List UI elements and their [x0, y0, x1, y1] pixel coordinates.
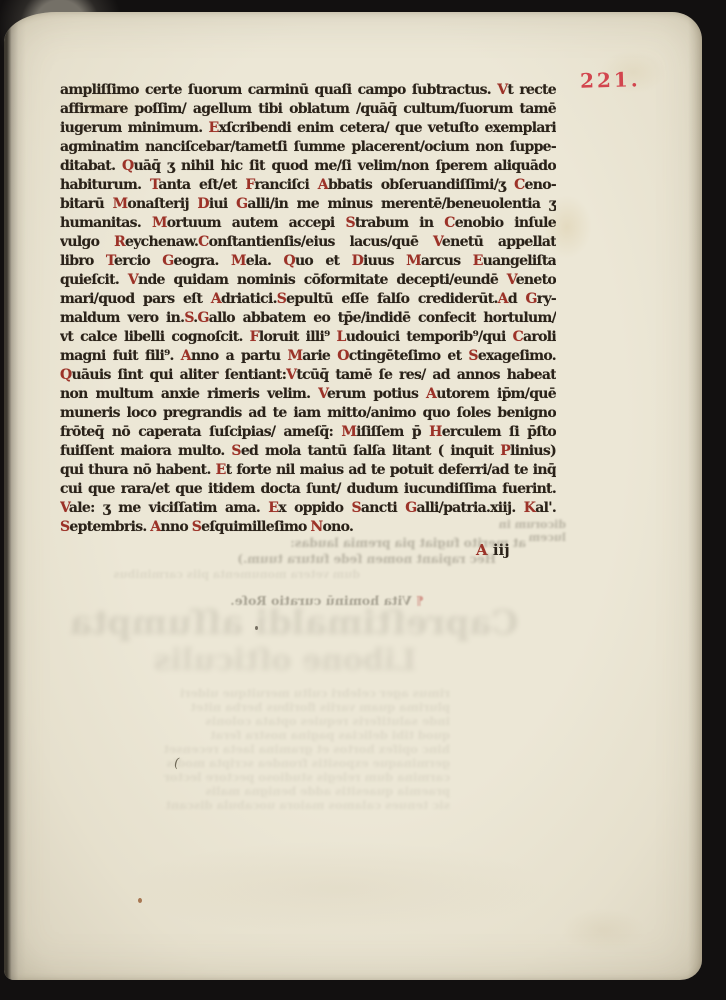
text-segment: humanitas. — [60, 215, 152, 231]
text-segment: ry- — [537, 291, 556, 307]
text-line: magni fuit fili⁹. Anno a partu Marie Oct… — [60, 347, 556, 366]
text-segment: agminatim nanciſcebar/tametſi ſumme plac… — [60, 139, 556, 155]
rubricated-initial: V — [497, 82, 507, 98]
text-segment: xſcribendi enim cetera/ que vetuſto exem… — [218, 120, 556, 136]
text-segment: iſiſſem p̄ — [356, 424, 429, 440]
rubricated-initial: V — [507, 272, 516, 288]
showthrough-couplet-line: at merito fugiat pia premia laudas: — [190, 536, 526, 550]
text-segment: uāq̄ ʒ nihil hic ſit quod me/ſi velim/no… — [133, 158, 556, 174]
rubricated-initial: G — [526, 291, 537, 307]
text-segment: t recte — [507, 82, 556, 98]
rubricated-initial: V — [318, 386, 327, 402]
rubricated-initial: V — [433, 234, 442, 250]
text-segment: non multum anxie rimeris velim. — [60, 386, 318, 402]
gutter-shadow — [4, 12, 26, 980]
text-segment: iui — [209, 196, 236, 212]
showthrough-line: sic tenues calamos maiora uocabula disca… — [60, 798, 450, 812]
showthrough-line: hinc opifex hortos et gramina laeta rece… — [60, 742, 450, 756]
text-line: ampliſſimo certe ſuorum carminū quaſi ca… — [60, 81, 556, 100]
text-segment: nno a partu — [191, 348, 288, 364]
text-line: Quāuis ſint qui aliter ſentiant:Vtcūq̄ t… — [60, 366, 556, 385]
text-segment: vt calce libelli cognoſcit. — [60, 329, 250, 345]
rubricated-initial: L — [337, 329, 346, 345]
rubricated-initial: A — [211, 291, 221, 307]
rubricated-initial: S — [351, 500, 360, 516]
rubricated-initial: C — [198, 234, 208, 250]
text-segment: alli/in me minus merentē/beneuolentia ʒ — [247, 196, 556, 212]
text-line: agminatim nanciſcebar/tametſi ſumme plac… — [60, 138, 556, 157]
rubricated-initial: O — [337, 348, 349, 364]
text-segment: aroli — [523, 329, 556, 345]
showthrough-paragraph: rimus ager celebri cultu meruitque uider… — [60, 686, 450, 812]
text-line: vulgo Reychenaw.Conſtantienſis/eius lacu… — [60, 233, 556, 252]
showthrough-heading: Libone oſticulis — [120, 644, 450, 678]
text-line: cui que rara/et que itidem docta ſunt/ d… — [60, 480, 556, 499]
text-segment: trabum in — [355, 215, 444, 231]
text-segment: ortuum autem accepi — [167, 215, 346, 231]
rubricated-initial: A — [426, 386, 436, 402]
text-line: affirmare poſſim/ agellum tibi oblatum /… — [60, 100, 556, 119]
text-segment: eneto — [516, 272, 556, 288]
text-segment: linius) — [510, 443, 556, 459]
rubricated-initial: E — [208, 120, 218, 136]
rubricated-initial: S — [60, 519, 69, 535]
showthrough-line: inde salutiferis requies optata colonis — [60, 714, 450, 728]
rubricated-initial: G — [405, 500, 416, 516]
rubricated-initial: C — [513, 329, 523, 345]
text-segment: maldum vero in. — [60, 310, 184, 326]
rubricated-initial: A — [498, 291, 508, 307]
rubricated-initial: V — [286, 367, 296, 383]
text-segment: uāuis ſint qui aliter ſentiant: — [72, 367, 287, 383]
text-segment: enobio inſule — [455, 215, 556, 231]
paper-stain — [122, 840, 552, 936]
text-segment: eno- — [525, 177, 556, 193]
text-segment: nde quidam nominis cōformitate decepti/e… — [138, 272, 507, 288]
text-segment: erum potius — [327, 386, 426, 402]
text-segment: qui thura nō habent. — [60, 462, 216, 478]
paper-stain — [560, 908, 646, 952]
text-segment: anta eſt/et — [158, 177, 245, 193]
text-segment: uangeliſta — [483, 253, 556, 269]
text-segment: eſquimilleſimo — [201, 519, 310, 535]
rubricated-initial: Q — [283, 253, 295, 269]
text-line: fuiſſent maiora multo. Sed mola tantū ſa… — [60, 442, 556, 461]
rubricated-initial: P — [500, 443, 510, 459]
text-segment: ditabat. — [60, 158, 122, 174]
text-segment: arcus — [421, 253, 473, 269]
text-segment: d — [508, 291, 526, 307]
rubricated-initial: V — [60, 500, 69, 516]
text-line: non multum anxie rimeris velim. Verum po… — [60, 385, 556, 404]
rubricated-initial: A — [181, 348, 191, 364]
text-segment: erculem ſi p̄ſto — [442, 424, 556, 440]
rubricated-initial: R — [114, 234, 125, 250]
scan-background: 221. ampliſſimo certe ſuorum carminū qua… — [0, 0, 726, 1000]
text-segment: habiturum. — [60, 177, 150, 193]
folio-number: 221. — [580, 67, 641, 93]
text-segment: ampliſſimo certe ſuorum carminū quaſi ca… — [60, 82, 497, 98]
rubricated-initial: M — [152, 215, 167, 231]
rubricated-initial: E — [216, 462, 226, 478]
rubricated-initial: S — [192, 519, 201, 535]
text-line: vt calce libelli cognoſcit. Floruit illi… — [60, 328, 556, 347]
rubricated-initial: G — [162, 253, 173, 269]
text-line: libro Tercio Geogra. Mela. Quo et Diuus … — [60, 252, 556, 271]
rubricated-initial: M — [341, 424, 356, 440]
text-segment: vulgo — [60, 234, 114, 250]
text-segment: enetū appellat — [442, 234, 556, 250]
text-segment: ancti — [361, 500, 405, 516]
rubricated-initial: S — [345, 215, 354, 231]
text-line: frōteq̄ nō caperata ſuſcipias/ ameſq̄: M… — [60, 423, 556, 442]
text-segment: bbatis obſeruandiſſimi/ʒ — [328, 177, 514, 193]
text-line: humanitas. Mortuum autem accepi Strabum … — [60, 214, 556, 233]
main-text-block: ampliſſimo certe ſuorum carminū quaſi ca… — [60, 81, 556, 537]
rubricated-initial: Q — [122, 158, 134, 174]
rubricated-initial: S — [468, 348, 477, 364]
text-segment: loruit illi⁹ — [259, 329, 337, 345]
text-segment: eogra. — [174, 253, 231, 269]
rubricated-initial: M — [113, 196, 128, 212]
text-segment: onaſterij — [127, 196, 197, 212]
rubricated-initial: M — [231, 253, 246, 269]
rubricated-initial: M — [287, 348, 302, 364]
text-segment: onſtantienſis/eius lacus/quē — [209, 234, 433, 250]
showthrough-line: plurima quam variis floribus herba nitet — [60, 700, 450, 714]
text-segment: exageſimo. — [478, 348, 556, 364]
text-segment: allo abbatem eo tp̄e/indidē confecit hor… — [209, 310, 556, 326]
rubricated-initial: Q — [60, 367, 72, 383]
text-segment: udouici temporib⁹/qui — [346, 329, 513, 345]
text-segment: nno — [160, 519, 191, 535]
rubricated-initial: S — [277, 291, 286, 307]
rubricated-initial: A — [318, 177, 328, 193]
text-line: habiturum. Tanta eſt/et Franciſci Abbati… — [60, 176, 556, 195]
text-segment: muneris loco pregrandis ad te iam mitto/… — [60, 405, 556, 421]
text-line: ditabat. Quāq̄ ʒ nihil hic ſit quod me/ſ… — [60, 157, 556, 176]
text-segment: magni fuit fili⁹. — [60, 348, 181, 364]
text-line: bitarū Monaſterij Diui Galli/in me minus… — [60, 195, 556, 214]
text-line: iugerum minimum. Exſcribendi enim cetera… — [60, 119, 556, 138]
text-segment: ctingēteſimo et — [349, 348, 469, 364]
showthrough-heading: Capreſtimaldi aſſumpta — [64, 604, 524, 642]
rubricated-initial: D — [352, 253, 363, 269]
rubricated-initial: E — [268, 500, 278, 516]
text-segment: ranciſci — [254, 177, 317, 193]
rubricated-initial: V — [128, 272, 138, 288]
text-line: quieſcit. Vnde quidam nominis cōformitat… — [60, 271, 556, 290]
rubricated-initial: C — [444, 215, 454, 231]
text-segment: ono. — [322, 519, 353, 535]
text-line: Vale: ʒ me viciſſatim ama. Ex oppido San… — [60, 499, 556, 518]
text-line: muneris loco pregrandis ad te iam mitto/… — [60, 404, 556, 423]
text-line: maldum vero in.S.Gallo abbatem eo tp̄e/i… — [60, 309, 556, 328]
text-segment: uo et — [295, 253, 352, 269]
ink-speck — [255, 626, 258, 630]
text-segment: bitarū — [60, 196, 113, 212]
rubricated-initial: F — [250, 329, 259, 345]
rubricated-initial: G — [236, 196, 247, 212]
text-segment: epultū eſſe falſo crediderūt. — [286, 291, 498, 307]
rubricated-initial: D — [197, 196, 208, 212]
text-line: qui thura nō habent. Et forte nil maius … — [60, 461, 556, 480]
text-segment: x oppido — [278, 500, 351, 516]
rubricated-initial: G — [197, 310, 208, 326]
text-segment: ercio — [114, 253, 162, 269]
text-segment: ela. — [246, 253, 284, 269]
rubricated-initial: T — [106, 253, 114, 269]
text-segment: ale: ʒ me viciſſatim ama. — [69, 500, 268, 516]
showthrough-line: quod tibi delicias pagina nostra ferat — [60, 728, 450, 742]
text-segment: t forte nil maius ad te potuit deferri/a… — [226, 462, 556, 478]
text-segment: libro — [60, 253, 106, 269]
ink-speck — [138, 898, 142, 903]
text-segment: iugerum minimum. — [60, 120, 208, 136]
showthrough-line: carmina dum relegis studioso pectore lec… — [60, 770, 450, 784]
rubricated-initial: S — [231, 443, 240, 459]
text-segment: tcūq̄ tamē ſe res/ ad annos habeat — [296, 367, 556, 383]
rubricated-initial: H — [429, 424, 442, 440]
text-segment: eychenaw. — [125, 234, 198, 250]
rubricated-initial: N — [310, 519, 322, 535]
page-edge-shadow — [688, 12, 702, 980]
text-segment: al'. — [535, 500, 556, 516]
rubricated-initial: C — [514, 177, 524, 193]
text-segment: utorem ip̄m/quē — [436, 386, 556, 402]
rubricated-initial: S — [184, 310, 193, 326]
text-segment: quieſcit. — [60, 272, 128, 288]
text-line: mari/quod pars eſt Adriatici.Sepultū eſſ… — [60, 290, 556, 309]
text-segment: iuus — [363, 253, 406, 269]
showthrough-couplet-line: Hec rapiant nomen ſede futura tuum.) — [60, 552, 496, 566]
text-segment: arie — [302, 348, 337, 364]
text-segment: eptembris. — [69, 519, 150, 535]
showthrough-faint-line: dum vetera monumenta piis carminibus — [60, 568, 360, 581]
text-segment: alli/patria.xiij. — [416, 500, 523, 516]
showthrough-line: praemia quaesitis adde benigna malis — [60, 784, 450, 798]
rubricated-initial: K — [524, 500, 535, 516]
text-segment: mari/quod pars eſt — [60, 291, 211, 307]
rubricated-initial: E — [473, 253, 483, 269]
showthrough-line: rimus ager celebri cultu meruitque uider… — [60, 686, 450, 700]
showthrough-line: germinaque expositis frondea scripta mod… — [60, 756, 450, 770]
text-segment: driatici. — [221, 291, 277, 307]
text-segment: ed mola tantū ſalſa litant ( inquit — [241, 443, 500, 459]
page-surface: 221. ampliſſimo certe ſuorum carminū qua… — [4, 12, 702, 980]
rubricated-initial: M — [406, 253, 421, 269]
text-segment: frōteq̄ nō caperata ſuſcipias/ ameſq̄: — [60, 424, 341, 440]
text-segment: affirmare poſſim/ agellum tibi oblatum /… — [60, 101, 556, 117]
rubricated-initial: A — [150, 519, 160, 535]
text-segment: cui que rara/et que itidem docta ſunt/ d… — [60, 481, 556, 497]
text-segment: fuiſſent maiora multo. — [60, 443, 231, 459]
